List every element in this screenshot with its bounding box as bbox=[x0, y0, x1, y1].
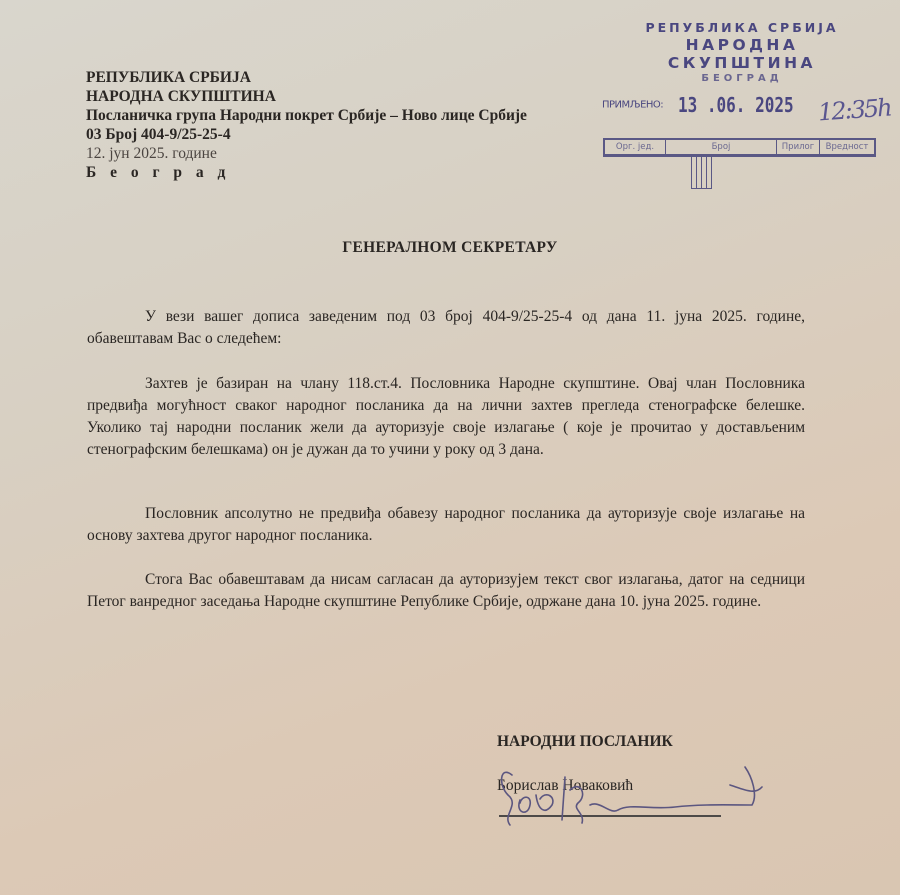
paragraph-3: Пословник апсолутно не предвиђа обавезу … bbox=[87, 503, 805, 547]
sender-reference: 03 Број 404-9/25-25-4 bbox=[86, 125, 527, 144]
sender-city: Б е о г р а д bbox=[86, 163, 527, 182]
handwritten-signature-icon bbox=[490, 755, 790, 835]
sender-date: 12. јун 2025. године bbox=[86, 144, 527, 163]
stamp-line-3: БЕОГРАД bbox=[612, 73, 872, 84]
sender-institution: НАРОДНА СКУПШТИНА bbox=[86, 87, 527, 106]
signature-title: НАРОДНИ ПОСЛАНИК bbox=[497, 733, 673, 751]
paragraph-1-text: У вези вашег дописа заведеним под 03 бро… bbox=[87, 308, 805, 347]
recipient-title: ГЕНЕРАЛНОМ СЕКРЕТАРУ bbox=[0, 239, 900, 257]
registry-header-number: Број bbox=[666, 139, 777, 155]
received-stamp: ПРИМЉЕНО: 13 .06. 2025 bbox=[602, 93, 823, 117]
sender-group: Посланичка група Народни покрет Србије –… bbox=[86, 106, 527, 125]
handwritten-time: 12:35h bbox=[817, 94, 891, 127]
received-date: 13 .06. 2025 bbox=[678, 93, 794, 117]
letter-page: РЕПУБЛИКА СРБИЈА НАРОДНА СКУПШТИНА Посла… bbox=[0, 0, 900, 895]
paragraph-2: Захтев је базиран на члану 118.ст.4. Пос… bbox=[87, 373, 805, 461]
parliament-stamp: РЕПУБЛИКА СРБИЈА НАРОДНА СКУПШТИНА БЕОГР… bbox=[612, 20, 872, 84]
paragraph-4: Стога Вас обавештавам да нисам сагласан … bbox=[87, 569, 805, 613]
sender-country: РЕПУБЛИКА СРБИЈА bbox=[86, 68, 527, 87]
paragraph-3-text: Пословник апсолутно не предвиђа обавезу … bbox=[87, 505, 805, 544]
registry-cell bbox=[707, 156, 712, 189]
stamp-line-2: НАРОДНА СКУПШТИНА bbox=[612, 36, 872, 72]
received-label: ПРИМЉЕНО: bbox=[602, 100, 663, 111]
registry-header-org: Орг. јед. bbox=[604, 139, 666, 155]
sender-block: РЕПУБЛИКА СРБИЈА НАРОДНА СКУПШТИНА Посла… bbox=[86, 68, 527, 182]
registry-header-value: Вредност bbox=[820, 139, 876, 155]
stamp-line-1: РЕПУБЛИКА СРБИЈА bbox=[612, 20, 872, 35]
paragraph-4-text: Стога Вас обавештавам да нисам сагласан … bbox=[87, 571, 805, 610]
paragraph-2-text: Захтев је базиран на члану 118.ст.4. Пос… bbox=[87, 375, 805, 458]
registry-table: Орг. јед. Број Прилог Вредност bbox=[603, 138, 876, 157]
paragraph-1: У вези вашег дописа заведеним под 03 бро… bbox=[87, 306, 805, 350]
registry-header-attachment: Прилог bbox=[777, 139, 820, 155]
